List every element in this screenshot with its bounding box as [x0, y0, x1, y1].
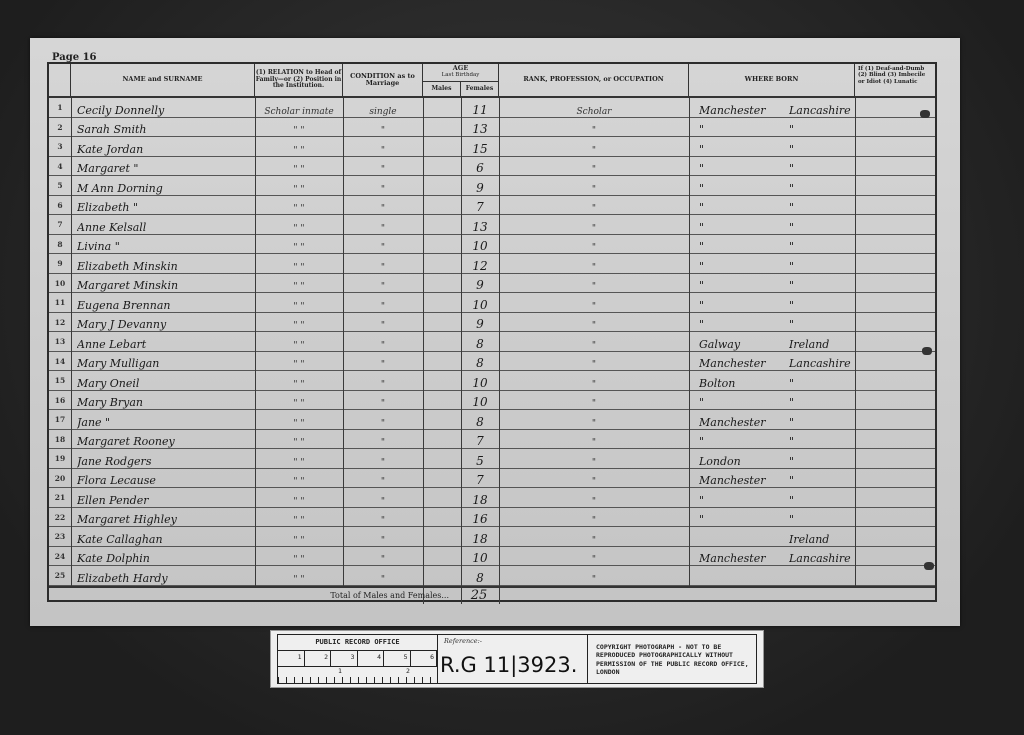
female-age-cell: 16	[461, 508, 499, 528]
occupation-cell: "	[499, 449, 689, 469]
occupation-cell: "	[499, 566, 689, 586]
female-age-cell: 5	[461, 449, 499, 469]
occupation-cell: "	[499, 313, 689, 333]
divider	[461, 98, 462, 604]
row-number: 2	[49, 118, 71, 138]
relation-cell: " "	[255, 547, 343, 567]
relation-cell: " "	[255, 371, 343, 391]
relation-cell: " "	[255, 235, 343, 255]
birth-county-cell: "	[789, 469, 855, 489]
condition-cell: "	[343, 196, 423, 216]
female-age-cell: 13	[461, 118, 499, 138]
birthplace-cell: "	[699, 293, 789, 313]
person-name: Kate Callaghan	[77, 527, 255, 547]
table-row: 11Eugena Brennan" ""10"""	[49, 293, 935, 313]
condition-cell: "	[343, 352, 423, 372]
birth-county-cell: "	[789, 157, 855, 177]
relation-cell: " "	[255, 508, 343, 528]
female-age-cell: 6	[461, 157, 499, 177]
table-row: 10Margaret Minskin" ""9"""	[49, 274, 935, 294]
occupation-cell: "	[499, 410, 689, 430]
ruler-mark: 5	[384, 651, 411, 666]
occupation-cell: "	[499, 332, 689, 352]
person-name: Margaret Minskin	[77, 274, 255, 294]
row-number: 11	[49, 293, 71, 313]
birth-county-cell: "	[789, 137, 855, 157]
ruler-mark: 1	[338, 667, 342, 675]
person-name: Mary Mulligan	[77, 352, 255, 372]
relation-cell: " "	[255, 332, 343, 352]
table-row: 23Kate Callaghan" ""18"Ireland	[49, 527, 935, 547]
birth-county-cell: "	[789, 430, 855, 450]
female-age-cell: 9	[461, 274, 499, 294]
relation-cell: " "	[255, 449, 343, 469]
relation-cell: " "	[255, 137, 343, 157]
row-number: 20	[49, 469, 71, 489]
birthplace-cell: "	[699, 488, 789, 508]
condition-cell: "	[343, 488, 423, 508]
row-number: 7	[49, 215, 71, 235]
person-name: Margaret "	[77, 157, 255, 177]
relation-cell: " "	[255, 274, 343, 294]
condition-cell: "	[343, 293, 423, 313]
relation-cell: " "	[255, 157, 343, 177]
row-number: 17	[49, 410, 71, 430]
condition-cell: single	[343, 98, 423, 118]
condition-cell: "	[343, 254, 423, 274]
birthplace-cell: "	[699, 235, 789, 255]
row-number: 23	[49, 527, 71, 547]
divider	[855, 98, 856, 586]
condition-cell: "	[343, 391, 423, 411]
condition-cell: "	[343, 313, 423, 333]
table-row: 6Elizabeth "" ""7"""	[49, 196, 935, 216]
person-name: Margaret Highley	[77, 508, 255, 528]
birthplace-cell: "	[699, 137, 789, 157]
person-name: Livina "	[77, 235, 255, 255]
row-number: 21	[49, 488, 71, 508]
header-condition: CONDITION as to Marriage	[343, 64, 423, 98]
birthplace-cell: "	[699, 196, 789, 216]
person-name: M Ann Dorning	[77, 176, 255, 196]
birth-county-cell: Lancashire	[789, 352, 855, 372]
header-age-title: AGE	[423, 65, 498, 72]
header-occupation: RANK, PROFESSION, or OCCUPATION	[499, 64, 689, 98]
birthplace-cell: Manchester	[699, 469, 789, 489]
birth-county-cell: "	[789, 293, 855, 313]
person-name: Sarah Smith	[77, 118, 255, 138]
table-row: 13Anne Lebart" ""8"GalwayIreland	[49, 332, 935, 352]
row-number: 18	[49, 430, 71, 450]
condition-cell: "	[343, 176, 423, 196]
row-number: 16	[49, 391, 71, 411]
table-row: 12Mary J Devanny" ""9"""	[49, 313, 935, 333]
row-number: 9	[49, 254, 71, 274]
ink-blot	[922, 347, 932, 355]
person-name: Elizabeth "	[77, 196, 255, 216]
occupation-cell: "	[499, 469, 689, 489]
female-age-cell: 7	[461, 469, 499, 489]
birthplace-cell: "	[699, 313, 789, 333]
birthplace-cell: "	[699, 274, 789, 294]
census-table: NAME and SURNAME (1) RELATION to Head of…	[47, 62, 937, 602]
ruler-mark: 2	[406, 667, 410, 675]
occupation-cell: "	[499, 352, 689, 372]
person-name: Mary Oneil	[77, 371, 255, 391]
birthplace-cell: "	[699, 157, 789, 177]
occupation-cell: "	[499, 371, 689, 391]
person-name: Cecily Donnelly	[77, 98, 255, 118]
birth-county-cell: "	[789, 449, 855, 469]
birth-county-cell: "	[789, 196, 855, 216]
relation-cell: " "	[255, 488, 343, 508]
birthplace-cell	[699, 527, 789, 547]
person-name: Eugena Brennan	[77, 293, 255, 313]
birth-county-cell: "	[789, 176, 855, 196]
row-number: 13	[49, 332, 71, 352]
birthplace-cell	[699, 566, 789, 586]
relation-cell: " "	[255, 410, 343, 430]
ruler-mark: 1	[278, 651, 305, 666]
female-age-cell: 8	[461, 566, 499, 586]
totals-females: 25	[461, 588, 497, 603]
row-number: 8	[49, 235, 71, 255]
birth-county-cell: "	[789, 488, 855, 508]
row-number: 15	[49, 371, 71, 391]
birthplace-cell: Manchester	[699, 547, 789, 567]
relation-cell: " "	[255, 254, 343, 274]
birthplace-cell: Galway	[699, 332, 789, 352]
relation-cell: " "	[255, 118, 343, 138]
row-number: 10	[49, 274, 71, 294]
header-age: AGE Last Birthday	[423, 64, 499, 82]
occupation-cell: "	[499, 118, 689, 138]
header-where-born: WHERE BORN	[689, 64, 855, 98]
relation-cell: " "	[255, 352, 343, 372]
person-name: Mary J Devanny	[77, 313, 255, 333]
table-row: 7Anne Kelsall" ""13"""	[49, 215, 935, 235]
birthplace-cell: "	[699, 176, 789, 196]
reference-strip: PUBLIC RECORD OFFICE 1 2 3 4 5 6 1 2 Ref…	[270, 630, 764, 688]
header-name: NAME and SURNAME	[71, 64, 255, 98]
row-number: 25	[49, 566, 71, 586]
row-number: 6	[49, 196, 71, 216]
relation-cell: Scholar inmate	[255, 98, 343, 118]
person-name: Flora Lecause	[77, 469, 255, 489]
occupation-cell: "	[499, 157, 689, 177]
condition-cell: "	[343, 157, 423, 177]
occupation-cell: "	[499, 254, 689, 274]
divider	[423, 98, 424, 604]
birth-county-cell: "	[789, 235, 855, 255]
birth-county-cell: "	[789, 274, 855, 294]
table-row: 18Margaret Rooney" ""7"""	[49, 430, 935, 450]
female-age-cell: 9	[461, 176, 499, 196]
birthplace-cell: Manchester	[699, 98, 789, 118]
ink-blot	[924, 562, 934, 570]
occupation-cell: "	[499, 137, 689, 157]
female-age-cell: 13	[461, 215, 499, 235]
ruler-mark: 4	[358, 651, 385, 666]
copyright-notice: COPYRIGHT PHOTOGRAPH - NOT TO BE REPRODU…	[596, 643, 756, 677]
person-name: Kate Dolphin	[77, 547, 255, 567]
birth-county-cell: Lancashire	[789, 547, 855, 567]
birth-county-cell: Ireland	[789, 527, 855, 547]
row-number: 4	[49, 157, 71, 177]
occupation-cell: "	[499, 274, 689, 294]
female-age-cell: 10	[461, 293, 499, 313]
table-row: 3Kate Jordan" ""15"""	[49, 137, 935, 157]
relation-cell: " "	[255, 215, 343, 235]
birthplace-cell: Bolton	[699, 371, 789, 391]
occupation-cell: "	[499, 235, 689, 255]
occupation-cell: "	[499, 176, 689, 196]
birth-county-cell: Lancashire	[789, 98, 855, 118]
person-name: Kate Jordan	[77, 137, 255, 157]
row-number: 1	[49, 98, 71, 118]
condition-cell: "	[343, 215, 423, 235]
birth-county-cell: "	[789, 410, 855, 430]
female-age-cell: 12	[461, 254, 499, 274]
table-row: 4Margaret "" ""6"""	[49, 157, 935, 177]
relation-cell: " "	[255, 430, 343, 450]
occupation-cell: "	[499, 293, 689, 313]
female-age-cell: 15	[461, 137, 499, 157]
row-number: 3	[49, 137, 71, 157]
relation-cell: " "	[255, 176, 343, 196]
table-row: 2Sarah Smith" ""13"""	[49, 118, 935, 138]
relation-cell: " "	[255, 293, 343, 313]
reference-block: Reference:- R.G 11|3923.	[438, 635, 588, 683]
header-row-number	[49, 64, 71, 98]
condition-cell: "	[343, 430, 423, 450]
birth-county-cell: "	[789, 313, 855, 333]
divider	[343, 98, 344, 586]
condition-cell: "	[343, 508, 423, 528]
female-age-cell: 18	[461, 527, 499, 547]
birth-county-cell: "	[789, 391, 855, 411]
table-row: 25Elizabeth Hardy" ""8"	[49, 566, 935, 586]
female-age-cell: 7	[461, 430, 499, 450]
ruler-mark: 6	[411, 651, 438, 666]
birthplace-cell: Manchester	[699, 352, 789, 372]
birth-county-cell	[789, 566, 855, 586]
table-row: 19Jane Rodgers" ""5"London"	[49, 449, 935, 469]
condition-cell: "	[343, 449, 423, 469]
ruler-bottom: 1 2	[278, 667, 438, 683]
office-title: PUBLIC RECORD OFFICE	[278, 635, 438, 651]
condition-cell: "	[343, 274, 423, 294]
row-number: 5	[49, 176, 71, 196]
female-age-cell: 11	[461, 98, 499, 118]
divider	[499, 98, 500, 604]
female-age-cell: 10	[461, 391, 499, 411]
person-name: Margaret Rooney	[77, 430, 255, 450]
occupation-cell: "	[499, 391, 689, 411]
divider	[255, 98, 256, 586]
row-number: 12	[49, 313, 71, 333]
condition-cell: "	[343, 566, 423, 586]
header-males: Males	[423, 82, 461, 98]
table-row: 15Mary Oneil" ""10"Bolton"	[49, 371, 935, 391]
table-row: 14Mary Mulligan" ""8"ManchesterLancashir…	[49, 352, 935, 372]
table-row: 24Kate Dolphin" ""10"ManchesterLancashir…	[49, 547, 935, 567]
birth-county-cell: "	[789, 118, 855, 138]
header-infirmity: If (1) Deaf-and-Dumb (2) Blind (3) Imbec…	[855, 64, 935, 98]
birthplace-cell: "	[699, 118, 789, 138]
relation-cell: " "	[255, 469, 343, 489]
occupation-cell: "	[499, 430, 689, 450]
birth-county-cell: "	[789, 215, 855, 235]
ruler-mark: 3	[331, 651, 358, 666]
condition-cell: "	[343, 547, 423, 567]
condition-cell: "	[343, 469, 423, 489]
table-row: 20Flora Lecause" ""7"Manchester"	[49, 469, 935, 489]
female-age-cell: 10	[461, 371, 499, 391]
person-name: Jane Rodgers	[77, 449, 255, 469]
row-number: 24	[49, 547, 71, 567]
condition-cell: "	[343, 118, 423, 138]
female-age-cell: 8	[461, 352, 499, 372]
relation-cell: " "	[255, 527, 343, 547]
table-row: 5M Ann Dorning" ""9"""	[49, 176, 935, 196]
birthplace-cell: "	[699, 508, 789, 528]
reference-value: R.G 11|3923.	[440, 653, 577, 677]
row-number: 14	[49, 352, 71, 372]
table-row: 1Cecily DonnellyScholar inmatesingle11Sc…	[49, 98, 935, 118]
header-relation: (1) RELATION to Head of Family—or (2) Po…	[255, 64, 343, 98]
female-age-cell: 18	[461, 488, 499, 508]
occupation-cell: "	[499, 547, 689, 567]
birth-county-cell: Ireland	[789, 332, 855, 352]
relation-cell: " "	[255, 196, 343, 216]
table-row: 17Jane "" ""8"Manchester"	[49, 410, 935, 430]
female-age-cell: 10	[461, 235, 499, 255]
header-females: Females	[461, 82, 499, 98]
occupation-cell: "	[499, 508, 689, 528]
table-row: 16Mary Bryan" ""10"""	[49, 391, 935, 411]
table-row: 9Elizabeth Minskin" ""12"""	[49, 254, 935, 274]
female-age-cell: 8	[461, 410, 499, 430]
table-row: 22Margaret Highley" ""16"""	[49, 508, 935, 528]
female-age-cell: 7	[461, 196, 499, 216]
occupation-cell: "	[499, 527, 689, 547]
female-age-cell: 9	[461, 313, 499, 333]
person-name: Mary Bryan	[77, 391, 255, 411]
relation-cell: " "	[255, 391, 343, 411]
person-name: Ellen Pender	[77, 488, 255, 508]
ruler-top: 1 2 3 4 5 6	[278, 651, 438, 667]
header-age-subtitle: Last Birthday	[423, 72, 498, 78]
birthplace-cell: London	[699, 449, 789, 469]
table-row: 8Livina "" ""10"""	[49, 235, 935, 255]
birth-county-cell: "	[789, 254, 855, 274]
row-number: 22	[49, 508, 71, 528]
condition-cell: "	[343, 527, 423, 547]
condition-cell: "	[343, 235, 423, 255]
occupation-cell: "	[499, 215, 689, 235]
condition-cell: "	[343, 137, 423, 157]
occupation-cell: Scholar	[499, 98, 689, 118]
birth-county-cell: "	[789, 508, 855, 528]
relation-cell: " "	[255, 566, 343, 586]
totals-label: Total of Males and Females...	[249, 591, 449, 600]
condition-cell: "	[343, 371, 423, 391]
birthplace-cell: "	[699, 254, 789, 274]
condition-cell: "	[343, 332, 423, 352]
divider	[71, 98, 72, 586]
condition-cell: "	[343, 410, 423, 430]
reference-label: Reference:-	[444, 637, 482, 645]
person-name: Anne Lebart	[77, 332, 255, 352]
person-name: Jane "	[77, 410, 255, 430]
row-number: 19	[49, 449, 71, 469]
person-name: Anne Kelsall	[77, 215, 255, 235]
relation-cell: " "	[255, 313, 343, 333]
table-row: 21Ellen Pender" ""18"""	[49, 488, 935, 508]
birthplace-cell: Manchester	[699, 410, 789, 430]
female-age-cell: 8	[461, 332, 499, 352]
occupation-cell: "	[499, 488, 689, 508]
birthplace-cell: "	[699, 430, 789, 450]
person-name: Elizabeth Hardy	[77, 566, 255, 586]
birth-county-cell: "	[789, 371, 855, 391]
birthplace-cell: "	[699, 215, 789, 235]
occupation-cell: "	[499, 196, 689, 216]
divider	[689, 98, 690, 586]
person-name: Elizabeth Minskin	[77, 254, 255, 274]
female-age-cell: 10	[461, 547, 499, 567]
birthplace-cell: "	[699, 391, 789, 411]
ink-blot	[920, 110, 930, 118]
totals-row: Total of Males and Females... 25	[49, 586, 935, 604]
ruler-mark: 2	[305, 651, 332, 666]
